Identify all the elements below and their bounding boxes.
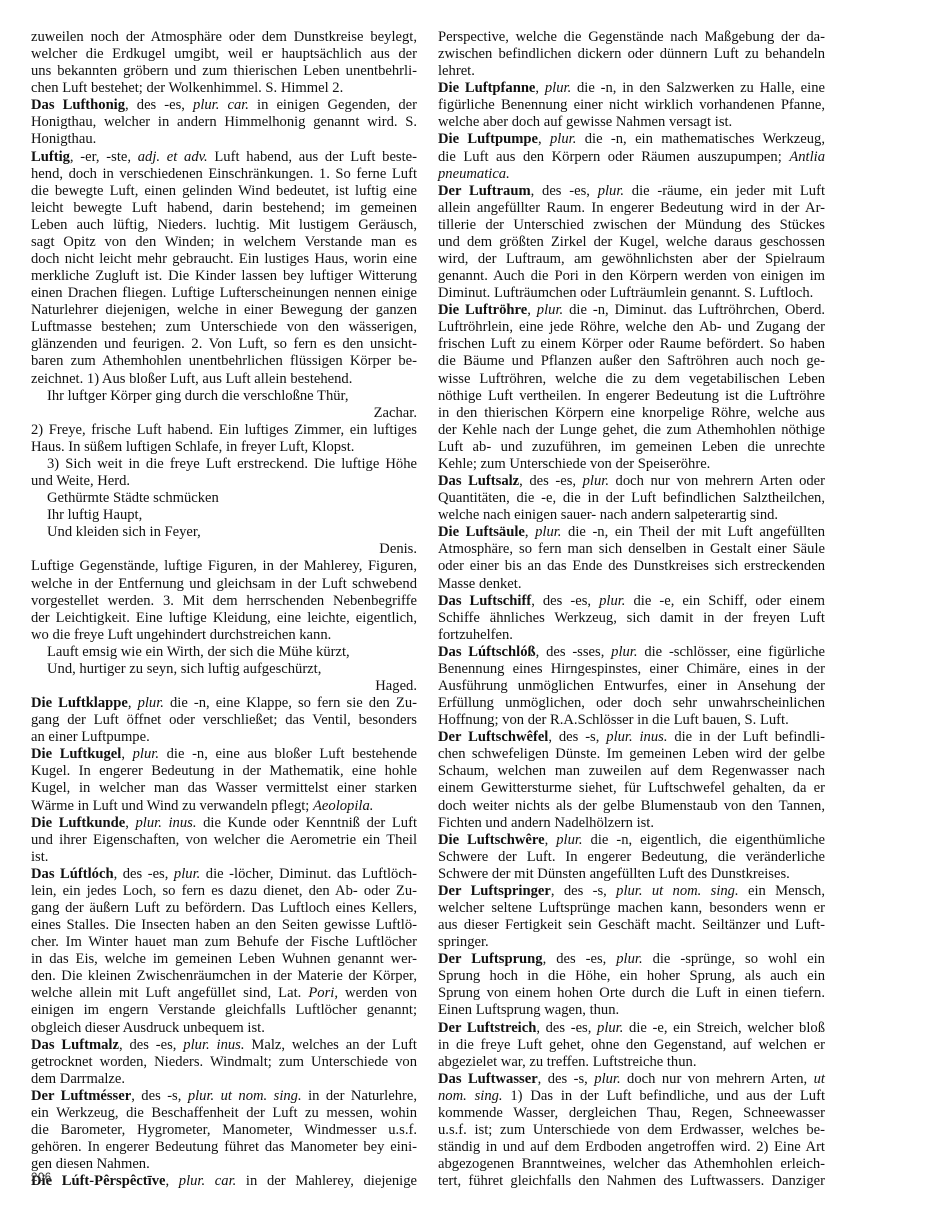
body-text: doch nur von mehrern Arten oder bbox=[609, 473, 825, 489]
text-line: Das Lufthonig, des -es, plur. car. in ei… bbox=[31, 97, 417, 114]
body-text: Und kleiden sich in Feyer, bbox=[47, 524, 201, 540]
body-text: Schwere der mit Dünsten angefüllten Luft… bbox=[438, 866, 790, 882]
headword: Die Luftröhre bbox=[438, 302, 527, 318]
body-text: einigen im engern Verstande gleichfalls … bbox=[31, 1002, 417, 1018]
text-line: uns bekannten gröbern und zum thierische… bbox=[31, 63, 417, 80]
grammar-note: adj. et adv. bbox=[138, 149, 208, 165]
body-text: leicht bewegte Luft habend, darin besteh… bbox=[31, 200, 417, 216]
body-text: , -er, -ste, bbox=[70, 149, 138, 165]
body-text: gehören. In engerer Bedeutung führet das… bbox=[31, 1139, 417, 1155]
text-line: Die Luftschwêre, plur. die -n, eigentlic… bbox=[438, 832, 825, 849]
body-text: die -schlösser, eine figürliche bbox=[638, 644, 825, 660]
text-line: und Weite, Herd. bbox=[31, 473, 417, 490]
body-text: die -n, eigentlich, die eigenthümliche bbox=[583, 832, 825, 848]
text-line: Kugel. In engerer Bedeutung in der Mathe… bbox=[31, 763, 417, 780]
text-line: der Kehle nach der Lunge gehet, die zum … bbox=[438, 422, 825, 439]
dictionary-page: zuweilen noch der Atmosphäre oder dem Du… bbox=[0, 0, 935, 1210]
text-line: genannt. Auch die Pori in den Körpern we… bbox=[438, 268, 825, 285]
body-text: in den thierischen Körpern eine knorpeli… bbox=[438, 405, 825, 421]
body-text: die -sprünge, so wohl ein bbox=[643, 951, 825, 967]
body-text: , des -es, bbox=[125, 97, 193, 113]
body-text: genannt. Auch die Pori in den Körpern we… bbox=[438, 268, 825, 284]
body-text: Sprung von einem hohen Orte durch die Lu… bbox=[438, 985, 825, 1001]
text-line: einigen im engern Verstande gleichfalls … bbox=[31, 1002, 417, 1019]
body-text: und dem größten Zirkel der Kugel, welche… bbox=[438, 234, 825, 250]
body-text: Hoffnung; von der R.A.Schlösser in die L… bbox=[438, 712, 789, 728]
body-text: Und, hurtiger zu seyn, sich luftig aufge… bbox=[47, 661, 321, 677]
text-line: leicht bewegte Luft habend, darin besteh… bbox=[31, 200, 417, 217]
body-text: abgezogenen Branntweines, welcher das At… bbox=[438, 1156, 825, 1172]
body-text: Haged. bbox=[375, 678, 417, 694]
text-line: Luftige Gegenstände, luftige Figuren, in… bbox=[31, 558, 417, 575]
grammar-note: plur. bbox=[597, 1020, 623, 1036]
text-line: Der Luftspringer, des -s, plur. ut nom. … bbox=[438, 883, 825, 900]
body-text: Ihr luftger Körper ging durch die versch… bbox=[47, 388, 348, 404]
body-text: , bbox=[165, 1173, 178, 1189]
headword: Das Luftwasser bbox=[438, 1071, 538, 1087]
body-text: fortzuhelfen. bbox=[438, 627, 513, 643]
text-line: Schiffe ähnliches Werkzeug, sich damit i… bbox=[438, 610, 825, 627]
body-text: , bbox=[525, 524, 535, 540]
body-text: Luft habend, aus der Luft beste- bbox=[208, 149, 417, 165]
text-line: Sprung hoch in die Höhe, ein hoher Sprun… bbox=[438, 968, 825, 985]
headword: Die Luftklappe bbox=[31, 695, 128, 711]
body-text: , des -es, bbox=[119, 1037, 183, 1053]
body-text: chen Luft bestehet; der Wolkenhimmel. S.… bbox=[31, 80, 343, 96]
body-text: baren zum Athemhohlen unentbehrlichen fl… bbox=[31, 353, 417, 369]
body-text: , des -s, bbox=[538, 1071, 595, 1087]
body-text: Haus. In süßem luftigen Schlafe, in frey… bbox=[31, 439, 354, 455]
text-line: Der Luftmésser, des -s, plur. ut nom. si… bbox=[31, 1088, 417, 1105]
body-text: tillerie der Unterschied zwischen der Mü… bbox=[438, 217, 825, 233]
body-text: Luftige Gegenstände, luftige Figuren, in… bbox=[31, 558, 417, 574]
text-line: vorgestellet werden. 3. Mit dem herrsche… bbox=[31, 593, 417, 610]
body-text: , bbox=[535, 80, 544, 96]
body-text: welche nach einigen sauer- nach andern s… bbox=[438, 507, 778, 523]
body-text: zuweilen noch der Atmosphäre oder dem Du… bbox=[31, 29, 417, 45]
headword: Der Luftmésser bbox=[31, 1088, 131, 1104]
text-line: doch nicht leicht mehr gebraucht. Ein lu… bbox=[31, 251, 417, 268]
body-text: , des -es, bbox=[519, 473, 582, 489]
text-line: kommende Wasser, dergleichen Thau, Regen… bbox=[438, 1105, 825, 1122]
body-text: obgleich dieser Ausdruck unbequem ist. bbox=[31, 1020, 265, 1036]
text-line: Die Lúft-Pêrspêctīve, plur. car. in der … bbox=[31, 1173, 417, 1190]
body-text: gang der Luft öffnet oder verschließet; … bbox=[31, 712, 417, 728]
body-text: getrocknet worden, Nieders. Windmalt; zu… bbox=[31, 1054, 417, 1070]
text-line: hend, doch in verschiedenen Einschränkun… bbox=[31, 166, 417, 183]
text-line: abgezielet war, zu treffen. Luftstreiche… bbox=[438, 1054, 825, 1071]
body-text: vorgestellet werden. 3. Mit dem herrsche… bbox=[31, 593, 417, 609]
text-line: Masse denket. bbox=[438, 576, 825, 593]
text-line: Haus. In süßem luftigen Schlafe, in frey… bbox=[31, 439, 417, 456]
body-text: und ihrer Eigenschaften, von welcher die… bbox=[31, 832, 417, 848]
text-line: zwischen befindlichen dickern oder dünne… bbox=[438, 46, 825, 63]
body-text: figürliche Benennung einer nicht wirklic… bbox=[438, 97, 825, 113]
text-line: welche aber doch auf gewisse Nahmen vers… bbox=[438, 114, 825, 131]
body-text: springer. bbox=[438, 934, 489, 950]
body-text: , bbox=[538, 131, 550, 147]
text-line: eines Stalles. Die Insecten haben an den… bbox=[31, 917, 417, 934]
text-line: einen Drachen fliegen. Luftige Luftersch… bbox=[31, 285, 417, 302]
body-text: , des -es, bbox=[531, 593, 599, 609]
body-text: ein Werkzeug, die Beschaffenheit der Luf… bbox=[31, 1105, 417, 1121]
body-text: , des -es, bbox=[536, 1020, 597, 1036]
grammar-note: plur. bbox=[616, 951, 642, 967]
body-text: der Leichtigkeit. Eine luftige Kleidung,… bbox=[31, 610, 417, 626]
text-line: Das Luftsalz, des -es, plur. doch nur vo… bbox=[438, 473, 825, 490]
grammar-note: Aeolopila. bbox=[313, 798, 373, 814]
text-line: Die Luftklappe, plur. die -n, eine Klapp… bbox=[31, 695, 417, 712]
text-line: dem Darrmalze. bbox=[31, 1071, 417, 1088]
body-text: welche aber doch auf gewisse Nahmen vers… bbox=[438, 114, 732, 130]
body-text: einem Gewittersturme siehet, für Luftsch… bbox=[438, 780, 825, 796]
body-text: in der Mahlerey, diejenige bbox=[236, 1173, 417, 1189]
body-text: 3) Sich weit in die freye Luft erstrecke… bbox=[47, 456, 417, 472]
text-line: Die Luftsäule, plur. die -n, ein Theil d… bbox=[438, 524, 825, 541]
text-line: in den thierischen Körpern eine knorpeli… bbox=[438, 405, 825, 422]
text-line: oder einer bis an das Ende des Dunstkrei… bbox=[438, 558, 825, 575]
body-text: Sprung hoch in die Höhe, ein hoher Sprun… bbox=[438, 968, 825, 984]
body-text: werden von bbox=[338, 985, 417, 1001]
body-text: chen schwefeligen Dünste. Im gemeinen Le… bbox=[438, 746, 825, 762]
text-line: Honigthau, welcher in andern Himmelhonig… bbox=[31, 114, 417, 131]
headword: Das Luftmalz bbox=[31, 1037, 119, 1053]
body-text: merkliche Zugluft ist. Die Kinder lassen… bbox=[31, 268, 417, 284]
text-line: nöthige Luft vertheilen. In engerer Bede… bbox=[438, 388, 825, 405]
text-line: die Bäume und Pflanzen außer den Saftröh… bbox=[438, 353, 825, 370]
grammar-note: plur. inus. bbox=[183, 1037, 244, 1053]
text-line: u.s.f. ist; zum Unterschiede von dem Erd… bbox=[438, 1122, 825, 1139]
headword: Das Lufthonig bbox=[31, 97, 125, 113]
body-text: Masse denket. bbox=[438, 576, 522, 592]
text-line: Die Luftpumpe, plur. die -n, ein mathema… bbox=[438, 131, 825, 148]
grammar-note: plur. bbox=[174, 866, 200, 882]
body-text: Ausführung unmöglichen Entwurfes, einer … bbox=[438, 678, 825, 694]
body-text: Ihr luftig Haupt, bbox=[47, 507, 142, 523]
page-number: 206 bbox=[31, 1172, 52, 1184]
text-line: 3) Sich weit in die freye Luft erstrecke… bbox=[31, 456, 417, 473]
text-line: die Luft aus den Körpern oder Räumen aus… bbox=[438, 149, 825, 166]
body-text: , bbox=[125, 815, 135, 831]
text-line: Ausführung unmöglichen Entwurfes, einer … bbox=[438, 678, 825, 695]
body-text: die -n, ein mathematisches Werkzeug, bbox=[576, 131, 825, 147]
body-text: einen Drachen fliegen. Luftige Luftersch… bbox=[31, 285, 417, 301]
text-line: Luftröhrlein, eine jede Röhre, welche de… bbox=[438, 319, 825, 336]
body-text: Kehle; zum Unterschiede von der Speiserö… bbox=[438, 456, 710, 472]
body-text: Honigthau. bbox=[31, 131, 96, 147]
text-line: Luftmasse bestehen; zum Unterschiede von… bbox=[31, 319, 417, 336]
text-line: welcher seltene Luftsprünge machen kann,… bbox=[438, 900, 825, 917]
body-text: Kugel, in welcher man das Wasser vermitt… bbox=[31, 780, 417, 796]
headword: Der Luftsprung bbox=[438, 951, 543, 967]
text-line: wo die freye Luft ungehindert durchstrei… bbox=[31, 627, 417, 644]
text-line: welche in der Entfernung und gleichsam i… bbox=[31, 576, 417, 593]
body-text: , des -s, bbox=[551, 883, 616, 899]
grammar-note: plur. bbox=[537, 302, 563, 318]
text-line: pneumatica. bbox=[438, 166, 825, 183]
body-text: welche allein mit Luft angefüllet sind, … bbox=[31, 985, 308, 1001]
body-text: nöthige Luft vertheilen. In engerer Bede… bbox=[438, 388, 825, 404]
body-text: die -n, in den Salzwerken zu Halle, eine bbox=[571, 80, 825, 96]
text-line: aus dieser Fertigkeit sein Geschäft mach… bbox=[438, 917, 825, 934]
text-line: ist. bbox=[31, 849, 417, 866]
body-text: Malz, welches an der Luft bbox=[245, 1037, 417, 1053]
text-line: lein, ein jedes Loch, so fern es dazu di… bbox=[31, 883, 417, 900]
body-text: Schiffe ähnliches Werkzeug, sich damit i… bbox=[438, 610, 825, 626]
grammar-note: plur. bbox=[594, 1071, 620, 1087]
body-text: ständig in und auf dem Erdboden angetrof… bbox=[438, 1139, 825, 1155]
body-text: zeichnet. 1) Aus bloßer Luft, aus Luft a… bbox=[31, 371, 352, 387]
body-text: Diminut. Lufträumchen oder Lufträumlein … bbox=[438, 285, 813, 301]
text-line: den. Die kleinen Zwischenräumchen in der… bbox=[31, 968, 417, 985]
text-line: springer. bbox=[438, 934, 825, 951]
body-text: der Kehle nach der Lunge gehet, die zum … bbox=[438, 422, 825, 438]
body-text: in einigen Gegenden, der bbox=[249, 97, 417, 113]
body-text: gen diesen Nahmen. bbox=[31, 1156, 150, 1172]
left-column: zuweilen noch der Atmosphäre oder dem Du… bbox=[31, 29, 417, 1190]
text-line: Kehle; zum Unterschiede von der Speiserö… bbox=[438, 456, 825, 473]
grammar-note: plur. car. bbox=[179, 1173, 237, 1189]
body-text: Perspective, welche die Gegenstände nach… bbox=[438, 29, 825, 45]
text-line: Kugel, in welcher man das Wasser vermitt… bbox=[31, 780, 417, 797]
text-line: an einer Luftpumpe. bbox=[31, 729, 417, 746]
text-line: Naturlehrer diejenigen, welche in einer … bbox=[31, 302, 417, 319]
body-text: die -räume, ein jeder mit Luft bbox=[624, 183, 825, 199]
grammar-note: plur. inus. bbox=[606, 729, 667, 745]
body-text: die -n, eine aus bloßer Luft bestehende bbox=[159, 746, 417, 762]
headword: Die Luftpfanne bbox=[438, 80, 535, 96]
body-text: Luftröhrlein, eine jede Röhre, welche de… bbox=[438, 319, 825, 335]
body-text: frischen Luft zu einem Körper oder Raume… bbox=[438, 336, 825, 352]
text-line: getrocknet worden, Nieders. Windmalt; zu… bbox=[31, 1054, 417, 1071]
grammar-note: plur. bbox=[535, 524, 561, 540]
text-line: und dem größten Zirkel der Kugel, welche… bbox=[438, 234, 825, 251]
body-text: die Bäume und Pflanzen außer den Saftröh… bbox=[438, 353, 825, 369]
text-line: wird, der Luftraum, am gewöhnlichsten ab… bbox=[438, 251, 825, 268]
body-text: Fichten und andern Nadelhölzern ist. bbox=[438, 815, 654, 831]
text-line: Atmosphäre, so fern man sich denselben i… bbox=[438, 541, 825, 558]
body-text: die Barometer, Hygrometer, Manometer, Wi… bbox=[31, 1122, 417, 1138]
grammar-note: plur. car. bbox=[193, 97, 249, 113]
text-line: Gethürmte Städte schmücken bbox=[31, 490, 417, 507]
body-text: lein, ein jedes Loch, so fern es dazu di… bbox=[31, 883, 417, 899]
text-line: Das Luftwasser, des -s, plur. doch nur v… bbox=[438, 1071, 825, 1088]
body-text: wird, der Luftraum, am gewöhnlichsten ab… bbox=[438, 251, 825, 267]
headword: Die Luftsäule bbox=[438, 524, 525, 540]
text-line: tillerie der Unterschied zwischen der Mü… bbox=[438, 217, 825, 234]
text-line: gang der äußern Luft zu befördern. Das L… bbox=[31, 900, 417, 917]
grammar-note: plur. bbox=[550, 131, 576, 147]
text-line: einem Gewittersturme siehet, für Luftsch… bbox=[438, 780, 825, 797]
grammar-note: plur. ut nom. sing. bbox=[616, 883, 738, 899]
text-line: sagt Opitz von den Winden; in welchem Ve… bbox=[31, 234, 417, 251]
body-text: wo die freye Luft ungehindert durchstrei… bbox=[31, 627, 331, 643]
text-line: welcher die Erdkugel umgibt, weil er hau… bbox=[31, 46, 417, 63]
body-text: Luftmasse bestehen; zum Unterschiede von… bbox=[31, 319, 417, 335]
body-text: tert, führet gleichfalls den Nahmen des … bbox=[438, 1173, 825, 1189]
body-text: die -e, ein Schiff, oder einem bbox=[625, 593, 825, 609]
body-text: , des -s, bbox=[131, 1088, 188, 1104]
body-text: Atmosphäre, so fern man sich denselben i… bbox=[438, 541, 825, 557]
body-text: die -e, ein Streich, welcher bloß bbox=[623, 1020, 825, 1036]
body-text: Schwere der Luft. In engerer Bedeutung, … bbox=[438, 849, 825, 865]
grammar-note: plur. bbox=[556, 832, 582, 848]
grammar-note: plur. bbox=[583, 473, 609, 489]
text-line: merkliche Zugluft ist. Die Kinder lassen… bbox=[31, 268, 417, 285]
body-text: abgezielet war, zu treffen. Luftstreiche… bbox=[438, 1054, 696, 1070]
body-text: den. Die kleinen Zwischenräumchen in der… bbox=[31, 968, 417, 984]
body-text: ein Mensch, bbox=[739, 883, 825, 899]
text-line: Luft ab- und zuzuführen, im gemeinen Leb… bbox=[438, 439, 825, 456]
body-text: die Kunde oder Kenntniß der Luft bbox=[196, 815, 417, 831]
body-text: welche in der Entfernung und gleichsam i… bbox=[31, 576, 417, 592]
text-line: gang der Luft öffnet oder verschließet; … bbox=[31, 712, 417, 729]
grammar-note: pneumatica. bbox=[438, 166, 510, 182]
text-line: nom. sing. 1) Das in der Luft befindlich… bbox=[438, 1088, 825, 1105]
body-text: 2) Freye, frische Luft habend. Ein lufti… bbox=[31, 422, 417, 438]
body-text: Naturlehrer diejenigen, welche in einer … bbox=[31, 302, 417, 318]
text-line: der Leichtigkeit. Eine luftige Kleidung,… bbox=[31, 610, 417, 627]
body-text: aus dieser Fertigkeit sein Geschäft mach… bbox=[438, 917, 825, 933]
text-line: zuweilen noch der Atmosphäre oder dem Du… bbox=[31, 29, 417, 46]
body-text: Lauft emsig wie ein Wirth, der sich die … bbox=[47, 644, 350, 660]
body-text: , bbox=[128, 695, 138, 711]
body-text: , des -sses, bbox=[536, 644, 612, 660]
body-text: die bewegte Luft, einen gelinden Wind be… bbox=[31, 183, 417, 199]
grammar-note: plur. ut nom. sing. bbox=[188, 1088, 302, 1104]
headword: Luftig bbox=[31, 149, 70, 165]
body-text: 1) Das in der Luft befindliche, und aus … bbox=[503, 1088, 825, 1104]
text-line: Der Luftstreich, des -es, plur. die -e, … bbox=[438, 1020, 825, 1037]
text-line: 2) Freye, frische Luft habend. Ein lufti… bbox=[31, 422, 417, 439]
grammar-note: nom. sing. bbox=[438, 1088, 503, 1104]
text-line: Der Luftraum, des -es, plur. die -räume,… bbox=[438, 183, 825, 200]
headword: Die Luftkunde bbox=[31, 815, 125, 831]
body-text: , bbox=[545, 832, 557, 848]
body-text: Erfüllung unmöglichen, oder doch sehr un… bbox=[438, 695, 825, 711]
body-text: Gethürmte Städte schmücken bbox=[47, 490, 219, 506]
text-line: Die Luftröhre, plur. die -n, Diminut. da… bbox=[438, 302, 825, 319]
text-line: figürliche Benennung einer nicht wirklic… bbox=[438, 97, 825, 114]
text-line: Haged. bbox=[31, 678, 417, 695]
body-text: die -n, eine Klappe, so fern sie den Zu- bbox=[164, 695, 417, 711]
text-line: Benennung eines Hirngespinstes, einer Ch… bbox=[438, 661, 825, 678]
text-line: Wärme in Luft und Wind zu verwandeln pfl… bbox=[31, 798, 417, 815]
body-text: die -n, Diminut. das Luftröhrchen, Oberd… bbox=[563, 302, 825, 318]
text-line: welche nach einigen sauer- nach andern s… bbox=[438, 507, 825, 524]
text-line: Fichten und andern Nadelhölzern ist. bbox=[438, 815, 825, 832]
body-text: , des -s, bbox=[548, 729, 606, 745]
body-text: Quantitäten, die -e, die in der Luft bef… bbox=[438, 490, 825, 506]
headword: Die Luftpumpe bbox=[438, 131, 538, 147]
text-line: baren zum Athemhohlen unentbehrlichen fl… bbox=[31, 353, 417, 370]
body-text: doch nicht leicht mehr gebraucht. Ein lu… bbox=[31, 251, 417, 267]
body-text: gang der äußern Luft zu befördern. Das L… bbox=[31, 900, 417, 916]
body-text: doch weiter nichts als der gelbe Blumens… bbox=[438, 798, 825, 814]
headword: Der Luftschwêfel bbox=[438, 729, 548, 745]
grammar-note: plur. inus. bbox=[136, 815, 197, 831]
body-text: , des -es, bbox=[531, 183, 598, 199]
body-text: Zachar. bbox=[374, 405, 417, 421]
text-line: Einen Luftsprung wagen, thun. bbox=[438, 1002, 825, 1019]
text-line: zeichnet. 1) Aus bloßer Luft, aus Luft a… bbox=[31, 371, 417, 388]
text-line: Der Luftschwêfel, des -s, plur. inus. di… bbox=[438, 729, 825, 746]
text-line: ständig in und auf dem Erdboden angetrof… bbox=[438, 1139, 825, 1156]
body-text: die Luft aus den Körpern oder Räumen aus… bbox=[438, 149, 789, 165]
text-line: Schwere der mit Dünsten angefüllten Luft… bbox=[438, 866, 825, 883]
grammar-note: plur. bbox=[611, 644, 637, 660]
text-line: Ihr luftig Haupt, bbox=[31, 507, 417, 524]
body-text: welcher seltene Luftsprünge machen kann,… bbox=[438, 900, 825, 916]
text-line: Das Luftschiff, des -es, plur. die -e, e… bbox=[438, 593, 825, 610]
body-text: uns bekannten gröbern und zum thierische… bbox=[31, 63, 417, 79]
text-line: Lauft emsig wie ein Wirth, der sich die … bbox=[31, 644, 417, 661]
text-line: lehret. bbox=[438, 63, 825, 80]
body-text: eines Stalles. Die Insecten haben an den… bbox=[31, 917, 417, 933]
text-line: Zachar. bbox=[31, 405, 417, 422]
text-line: in das Eis, welche im gemeinen Leben Wuh… bbox=[31, 951, 417, 968]
body-text: , bbox=[121, 746, 132, 762]
text-line: Die Luftpfanne, plur. die -n, in den Sal… bbox=[438, 80, 825, 97]
text-line: Die Luftkugel, plur. die -n, eine aus bl… bbox=[31, 746, 417, 763]
text-line: Und kleiden sich in Feyer, bbox=[31, 524, 417, 541]
body-text: welcher die Erdkugel umgibt, weil er hau… bbox=[31, 46, 417, 62]
body-text: hend, doch in verschiedenen Einschränkun… bbox=[31, 166, 417, 182]
body-text: , des -es, bbox=[114, 866, 174, 882]
body-text: in das Eis, welche im gemeinen Leben Wuh… bbox=[31, 951, 417, 967]
body-text: Kugel. In engerer Bedeutung in der Mathe… bbox=[31, 763, 417, 779]
text-line: cher. Im Winter hauet man zum Behufe der… bbox=[31, 934, 417, 951]
text-line: Luftig, -er, -ste, adj. et adv. Luft hab… bbox=[31, 149, 417, 166]
text-line: glänzenden und feurigen. 2. Von Luft, so… bbox=[31, 336, 417, 353]
text-line: allein angefüllter Raum. In engerer Bede… bbox=[438, 200, 825, 217]
body-text: Luft ab- und zuzuführen, im gemeinen Leb… bbox=[438, 439, 825, 455]
text-line: gen diesen Nahmen. bbox=[31, 1156, 417, 1173]
body-text: Benennung eines Hirngespinstes, einer Ch… bbox=[438, 661, 825, 677]
body-text: lehret. bbox=[438, 63, 475, 79]
body-text: sagt Opitz von den Winden; in welchem Ve… bbox=[31, 234, 417, 250]
body-text: oder einer bis an das Ende des Dunstkrei… bbox=[438, 558, 825, 574]
body-text: cher. Im Winter hauet man zum Behufe der… bbox=[31, 934, 417, 950]
grammar-note: plur. bbox=[599, 593, 625, 609]
text-line: Quantitäten, die -e, die in der Luft bef… bbox=[438, 490, 825, 507]
text-line: Denis. bbox=[31, 541, 417, 558]
headword: Die Luftschwêre bbox=[438, 832, 545, 848]
body-text: u.s.f. ist; zum Unterschiede von dem Erd… bbox=[438, 1122, 825, 1138]
body-text: allein angefüllter Raum. In engerer Bede… bbox=[438, 200, 825, 216]
text-line: tert, führet gleichfalls den Nahmen des … bbox=[438, 1173, 825, 1190]
headword: Der Luftraum bbox=[438, 183, 531, 199]
body-text: glänzenden und feurigen. 2. Von Luft, so… bbox=[31, 336, 417, 352]
text-line: Das Lúftlóch, des -es, plur. die -löcher… bbox=[31, 866, 417, 883]
text-line: und ihrer Eigenschaften, von welcher die… bbox=[31, 832, 417, 849]
body-text: Leben auch lüftig, Nieders. luchtig. Mit… bbox=[31, 217, 417, 233]
headword: Der Luftstreich bbox=[438, 1020, 536, 1036]
text-line: Diminut. Lufträumchen oder Lufträumlein … bbox=[438, 285, 825, 302]
body-text: , bbox=[527, 302, 537, 318]
text-line: wisse Luftröhren, welche die zu dem vege… bbox=[438, 371, 825, 388]
body-text: dem Darrmalze. bbox=[31, 1071, 125, 1087]
text-line: Hoffnung; von der R.A.Schlösser in die L… bbox=[438, 712, 825, 729]
text-line: Der Luftsprung, des -es, plur. die -sprü… bbox=[438, 951, 825, 968]
text-line: Das Lúftschlóß, des -sses, plur. die -sc… bbox=[438, 644, 825, 661]
headword: Das Luftschiff bbox=[438, 593, 531, 609]
body-text: zwischen befindlichen dickern oder dünne… bbox=[438, 46, 825, 62]
grammar-note: Antlia bbox=[789, 149, 825, 165]
text-line: chen schwefeligen Dünste. Im gemeinen Le… bbox=[438, 746, 825, 763]
grammar-note: Pori, bbox=[308, 985, 338, 1001]
text-line: in die freye Luft gehet, ohne den Gegens… bbox=[438, 1037, 825, 1054]
